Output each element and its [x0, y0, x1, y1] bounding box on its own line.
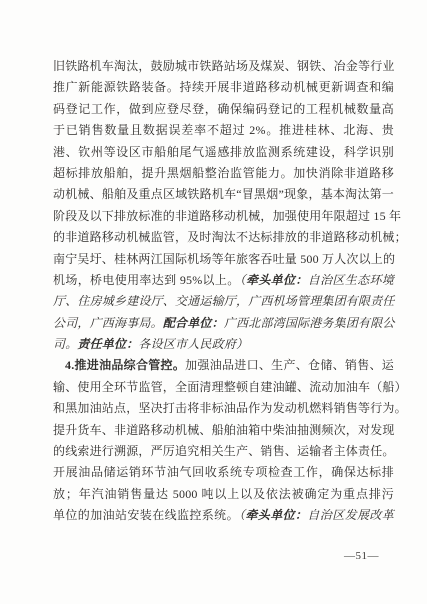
text-segment: 超标排放船舶，提升黑烟船整治监管能力。加快消除非道路移 — [53, 166, 394, 180]
text-line: 4.推进油品综合管控。加强油品进口、生产、仓储、销售、运 — [53, 355, 394, 376]
text-line: 推广新能源铁路装备。持续开展非道路移动机械更新调查和编 — [53, 77, 394, 98]
text-segment: 放；年汽油销售量达 5000 吨以上以及依法被确定为重点排污 — [53, 487, 394, 501]
text-line: 提升货车、非道路移动机械、船舶油箱中柴油抽测频次，对发现 — [53, 420, 394, 441]
text-line: 南宁吴圩、桂林两江国际机场等年旅客吞吐量 500 万人次以上的 — [53, 249, 394, 270]
text-segment: 推广新能源铁路装备。持续开展非道路移动机械更新调查和编 — [53, 80, 394, 94]
text-segment: 司。 — [53, 337, 77, 351]
text-line: 旧铁路机车淘汰，鼓励城市铁路站场及煤炭、钢铁、冶金等行业 — [53, 56, 394, 77]
text-line: 厅、住房城乡建设厅、交通运输厅，广西机场管理集团有限责任 — [53, 291, 394, 312]
text-segment: 动机械、船舶及重点区域铁路机车“冒黑烟”现象，基本淘汰第一 — [53, 187, 394, 201]
text-segment: 4.推进油品综合管控。 — [65, 358, 185, 372]
text-segment: 和黑加油站点，坚决打击将非标油品作为发动机燃料销售等行为。 — [53, 401, 407, 415]
text-line: 公司，广西海事局。配合单位：广西北部湾国际港务集团有限公 — [53, 313, 394, 334]
text-line: 司。责任单位：各设区市人民政府） — [53, 334, 394, 355]
text-line: 的线索进行溯源，严厉追究相关生产、销售、运输者主体责任。 — [53, 441, 394, 462]
text-segment: 南宁吴圩、桂林两江国际机场等年旅客吞吐量 500 万人次以上的 — [53, 252, 395, 266]
text-line: 放；年汽油销售量达 5000 吨以上以及依法被确定为重点排污 — [53, 484, 394, 505]
text-segment: 输、使用全环节监管，全面清理整顿自建油罐、流动加油车（船） — [53, 380, 407, 394]
text-segment: 自治区发展改革 — [307, 508, 394, 522]
text-segment: 自治区生态环境 — [308, 273, 394, 287]
text-segment: 牵头单位： — [245, 508, 307, 522]
text-segment: 开展油品储运销环节油气回收系统专项检查工作，确保达标排 — [53, 465, 394, 479]
text-segment: 阶段及以下排放标准的非道路移动机械，加强使用年限超过 15 年 — [53, 209, 401, 223]
text-segment: 码登记工作，做到应登尽登，确保编码登记的工程机械数量高 — [53, 102, 394, 116]
text-line: 机场，桥电使用率达到 95%以上。（牵头单位：自治区生态环境 — [53, 270, 394, 291]
body-text: 旧铁路机车淘汰，鼓励城市铁路站场及煤炭、钢铁、冶金等行业推广新能源铁路装备。持续… — [53, 56, 394, 527]
text-segment: 机场，桥电使用率达到 95%以上。 — [53, 273, 240, 287]
text-segment: 的非道路移动机械监管，及时淘汰不达标排放的非道路移动机械； — [53, 230, 407, 244]
text-segment: 提升货车、非道路移动机械、船舶油箱中柴油抽测频次，对发现 — [53, 423, 395, 437]
text-segment: 厅、住房城乡建设厅、交通运输厅，广西机场管理集团有限责任 — [53, 294, 395, 308]
text-segment: 牵头单位： — [246, 273, 308, 287]
text-segment: 配合单位： — [163, 316, 224, 330]
text-line: 和黑加油站点，坚决打击将非标油品作为发动机燃料销售等行为。 — [53, 398, 394, 419]
text-segment: 加强油品进口、生产、仓储、销售、运 — [185, 358, 394, 372]
text-line: 码登记工作，做到应登尽登，确保编码登记的工程机械数量高 — [53, 99, 394, 120]
text-line: 阶段及以下排放标准的非道路移动机械，加强使用年限超过 15 年 — [53, 206, 394, 227]
text-line: 开展油品储运销环节油气回收系统专项检查工作，确保达标排 — [53, 462, 394, 483]
text-segment: 广西北部湾国际港务集团有限公 — [224, 316, 395, 330]
text-segment: 各设区市人民政府） — [138, 337, 248, 351]
text-segment: 旧铁路机车淘汰，鼓励城市铁路站场及煤炭、钢铁、冶金等行业 — [53, 59, 395, 73]
text-line: 单位的加油站安装在线监控系统。（牵头单位：自治区发展改革 — [53, 505, 394, 526]
page-number: —51— — [344, 548, 379, 564]
document-page: 旧铁路机车淘汰，鼓励城市铁路站场及煤炭、钢铁、冶金等行业推广新能源铁路装备。持续… — [0, 0, 427, 604]
text-line: 港、钦州等设区市船舶尾气遥感排放监测系统建设，科学识别 — [53, 142, 394, 163]
text-segment: 港、钦州等设区市船舶尾气遥感排放监测系统建设，科学识别 — [53, 145, 394, 159]
text-line: 超标排放船舶，提升黑烟船整治监管能力。加快消除非道路移 — [53, 163, 394, 184]
text-line: 输、使用全环节监管，全面清理整顿自建油罐、流动加油车（船） — [53, 377, 394, 398]
text-segment: 的线索进行溯源，严厉追究相关生产、销售、运输者主体责任。 — [53, 444, 395, 458]
text-segment: 公司，广西海事局。 — [53, 316, 163, 330]
text-line: 的非道路移动机械监管，及时淘汰不达标排放的非道路移动机械； — [53, 227, 394, 248]
text-segment: 责任单位： — [77, 337, 138, 351]
text-line: 于已销售数量且数据误差率不超过 2%。推进桂林、北海、贵 — [53, 120, 394, 141]
text-segment: 单位的加油站安装在线监控系统。 — [53, 508, 239, 522]
text-segment: 于已销售数量且数据误差率不超过 2%。推进桂林、北海、贵 — [53, 123, 394, 137]
text-line: 动机械、船舶及重点区域铁路机车“冒黑烟”现象，基本淘汰第一 — [53, 184, 394, 205]
